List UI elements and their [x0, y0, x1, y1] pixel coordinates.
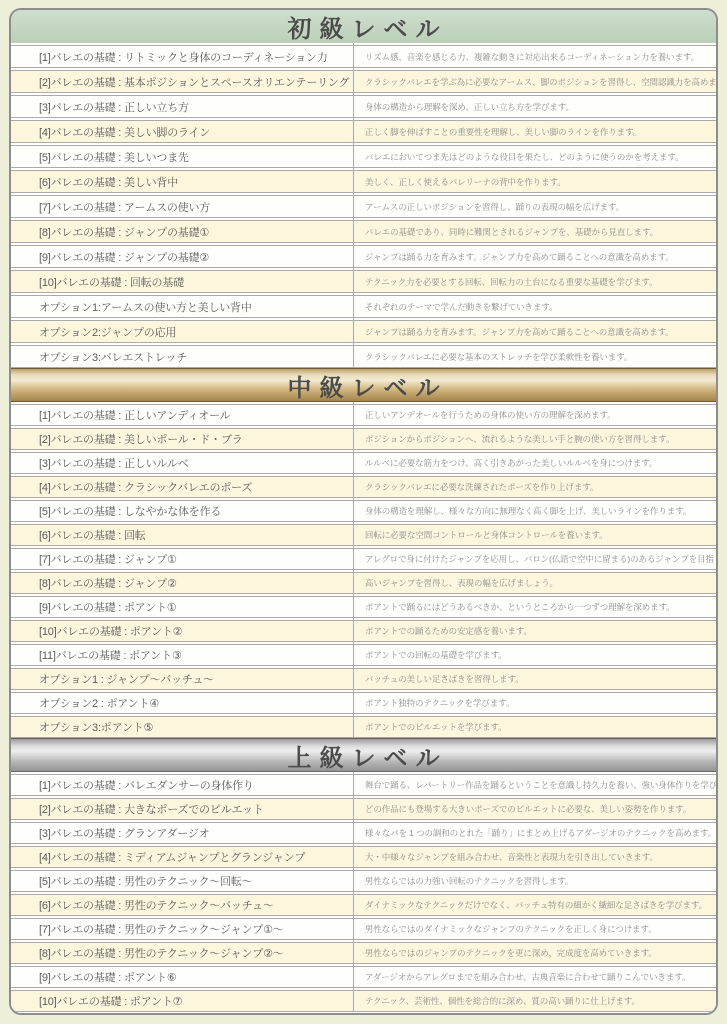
lesson-title: [5]バレエの基礎 : 男性のテクニック～回転～	[11, 871, 353, 891]
lesson-row: オプション2:ジャンプの応用ジャンプは踊る力を育みます。ジャンプ力を高めて踊るこ…	[11, 320, 716, 343]
lesson-title: [10]バレエの基礎 : ポアント⑦	[11, 991, 353, 1011]
lesson-row: [6]バレエの基礎 : 回転回転に必要な空間コントロールと身体コントロールを養い…	[11, 524, 716, 546]
lesson-title: [2]バレエの基礎 : 美しいポール・ド・ブラ	[11, 429, 353, 449]
lesson-description: 男性ならではの力強い回転のテクニックを習得します。	[353, 871, 716, 891]
lesson-description: クラシックバレエを学ぶ為に必要なアームス、脚のポジションを習得し、空間認識力を高…	[353, 71, 716, 92]
lesson-row: [6]バレエの基礎 : 美しい背中美しく、正しく使えるバレリーナの背中を作ります…	[11, 170, 716, 193]
lesson-title: [8]バレエの基礎 : 男性のテクニック～ジャンプ②～	[11, 943, 353, 963]
lesson-row: [2]バレエの基礎 : 基本ポジションとスペースオリエンテーリングクラシックバレ…	[11, 70, 716, 93]
section-rows: [1]バレエの基礎 : バレエダンサーの身体作り舞台で踊る、レパートリー作品を踊…	[11, 772, 716, 1012]
lesson-row: オプション1:アームスの使い方と美しい背中それぞれのテーマで学んだ動きを繋げてい…	[11, 295, 716, 318]
lesson-description: ポジションからポジションへ、流れるような美しい手と腕の使い方を習得します。	[353, 429, 716, 449]
lesson-description: アームスの正しいポジションを習得し、踊りの表現の幅を広げます。	[353, 196, 716, 217]
lesson-row: [1]バレエの基礎 : リトミックと身体のコーディネーション力リズム感、音楽を感…	[11, 45, 716, 68]
lesson-title: オプション3:バレエストレッチ	[11, 346, 353, 367]
lesson-title: [4]バレエの基礎 : 美しい脚のライン	[11, 121, 353, 142]
section-title: 上級レベル	[288, 738, 448, 773]
lesson-description: 高いジャンプを習得し、表現の幅を広げましょう。	[353, 573, 716, 593]
section-header-silver: 上級レベル	[11, 738, 716, 772]
lesson-description: 身体の構造を理解し、様々な方向に無理なく高く脚を上げ、美しいラインを作ります。	[353, 501, 716, 521]
lesson-row: [9]バレエの基礎 : ジャンプの基礎②ジャンプは踊る力を育みます。ジャンプ力を…	[11, 245, 716, 268]
lesson-description: 正しいアンデオールを行うための身体の使い方の理解を深めます。	[353, 405, 716, 425]
lesson-title: [6]バレエの基礎 : 回転	[11, 525, 353, 545]
lesson-description: テクニック、芸術性、個性を総合的に深め、質の高い踊りに仕上げます。	[353, 991, 716, 1011]
lesson-description: ポアントでのピルエットを学びます。	[353, 717, 716, 737]
lesson-description: それぞれのテーマで学んだ動きを繋げていきます。	[353, 296, 716, 317]
section-title: 初級レベル	[288, 9, 448, 44]
lesson-title: オプション1:アームスの使い方と美しい背中	[11, 296, 353, 317]
lesson-title: オプション2 : ポアント④	[11, 693, 353, 713]
lesson-row: [9]バレエの基礎 : ポアント①ポアントで踊るにはどうあるべきか、というところ…	[11, 596, 716, 618]
ballet-curriculum-page: 初級レベル[1]バレエの基礎 : リトミックと身体のコーディネーション力リズム感…	[0, 0, 727, 1024]
lesson-description: アダージオからアレグロまでを組み合わせ、古典音楽に合わせて踊りこんでいきます。	[353, 967, 716, 987]
lesson-description: 舞台で踊る、レパートリー作品を踊るということを意識し持久力を養い、強い身体作りを…	[353, 775, 716, 795]
lesson-title: オプション3:ポアント⑤	[11, 717, 353, 737]
lesson-row: [5]バレエの基礎 : しなやかな体を作る身体の構造を理解し、様々な方向に無理な…	[11, 500, 716, 522]
lesson-description: 美しく、正しく使えるバレリーナの背中を作ります。	[353, 171, 716, 192]
lesson-title: [1]バレエの基礎 : リトミックと身体のコーディネーション力	[11, 46, 353, 67]
lesson-description: ジャンプは踊る力を育みます。ジャンプ力を高めて踊ることへの意識を高めます。	[353, 321, 716, 342]
column-divider	[353, 402, 354, 738]
lesson-row: [3]バレエの基礎 : グランアダージオ様々なパを 1 つの調和のとれた「踊り」…	[11, 822, 716, 844]
lesson-title: [5]バレエの基礎 : 美しいつま先	[11, 146, 353, 167]
lesson-description: ポアントでの踊るための安定感を養います。	[353, 621, 716, 641]
lesson-description: リズム感、音楽を感じる力、複雑な動きに対応出来るコーディネーション力を養います。	[353, 46, 716, 67]
lesson-row: [1]バレエの基礎 : 正しいアンディオール正しいアンデオールを行うための身体の…	[11, 404, 716, 426]
lesson-description: 正しく脚を伸ばすことの重要性を理解し、美しい脚のラインを作ります。	[353, 121, 716, 142]
section-header-gold: 中級レベル	[11, 368, 716, 402]
lesson-row: [3]バレエの基礎 : 正しい立ち方身体の構造から理解を深め、正しい立ち方を学び…	[11, 95, 716, 118]
lesson-row: [1]バレエの基礎 : バレエダンサーの身体作り舞台で踊る、レパートリー作品を踊…	[11, 774, 716, 796]
lesson-description: クラシックバレエに必要な洗練されたポーズを作り上げます。	[353, 477, 716, 497]
lesson-description: どの作品にも登場する大きいポーズでのピルエットに必要な、美しい姿勢を作ります。	[353, 799, 716, 819]
lesson-row: [3]バレエの基礎 : 正しいルルベルルベに必要な筋力をつけ、高く引きあがった美…	[11, 452, 716, 474]
lesson-title: オプション1 : ジャンプ～バッチュ～	[11, 669, 353, 689]
section-title: 中級レベル	[288, 368, 448, 403]
lesson-title: [3]バレエの基礎 : 正しい立ち方	[11, 96, 353, 117]
lesson-row: [10]バレエの基礎 : ポアント②ポアントでの踊るための安定感を養います。	[11, 620, 716, 642]
lesson-title: オプション2:ジャンプの応用	[11, 321, 353, 342]
lesson-description: バレエにおいてつま先はどのような役目を果たし、どのように使うのかを考えます。	[353, 146, 716, 167]
section-rows: [1]バレエの基礎 : リトミックと身体のコーディネーション力リズム感、音楽を感…	[11, 43, 716, 368]
lesson-title: [10]バレエの基礎 : ポアント②	[11, 621, 353, 641]
lesson-row: [4]バレエの基礎 : 美しい脚のライン正しく脚を伸ばすことの重要性を理解し、美…	[11, 120, 716, 143]
lesson-description: 様々なパを 1 つの調和のとれた「踊り」にまとめ上げるアダージオのテクニックを高…	[353, 823, 716, 843]
lesson-title: [2]バレエの基礎 : 大きなポーズでのピルエット	[11, 799, 353, 819]
lesson-row: [8]バレエの基礎 : 男性のテクニック～ジャンプ②～男性ならではのジャンプのテ…	[11, 942, 716, 964]
lesson-title: [5]バレエの基礎 : しなやかな体を作る	[11, 501, 353, 521]
section-rows: [1]バレエの基礎 : 正しいアンディオール正しいアンデオールを行うための身体の…	[11, 402, 716, 738]
lesson-title: [10]バレエの基礎 : 回転の基礎	[11, 271, 353, 292]
column-divider	[353, 43, 354, 368]
lesson-row: [4]バレエの基礎 : ミディアムジャンプとグランジャンプ大・中様々なジャンプを…	[11, 846, 716, 868]
lesson-title: [11]バレエの基礎 : ポアント③	[11, 645, 353, 665]
lesson-row: オプション1 : ジャンプ～バッチュ～バッチュの美しい足さばきを習得します。	[11, 668, 716, 690]
lesson-title: [6]バレエの基礎 : 男性のテクニック～バッチュ～	[11, 895, 353, 915]
lesson-row: オプション2 : ポアント④ポアント独特のテクニックを学びます。	[11, 692, 716, 714]
lesson-title: [1]バレエの基礎 : 正しいアンディオール	[11, 405, 353, 425]
lesson-row: [4]バレエの基礎 : クラシックバレエのポーズクラシックバレエに必要な洗練され…	[11, 476, 716, 498]
lesson-title: [4]バレエの基礎 : ミディアムジャンプとグランジャンプ	[11, 847, 353, 867]
lesson-title: [3]バレエの基礎 : グランアダージオ	[11, 823, 353, 843]
lesson-description: ポアントで踊るにはどうあるべきか、というところから一つずつ理解を深めます。	[353, 597, 716, 617]
lesson-row: [7]バレエの基礎 : 男性のテクニック～ジャンプ①～男性ならではのダイナミック…	[11, 918, 716, 940]
lesson-row: [8]バレエの基礎 : ジャンプ②高いジャンプを習得し、表現の幅を広げましょう。	[11, 572, 716, 594]
lesson-title: [4]バレエの基礎 : クラシックバレエのポーズ	[11, 477, 353, 497]
lesson-title: [8]バレエの基礎 : ジャンプ②	[11, 573, 353, 593]
lesson-row: オプション3:バレエストレッチクラシックバレエに必要な基本のストレッチを学び柔軟…	[11, 345, 716, 368]
lesson-row: [2]バレエの基礎 : 美しいポール・ド・ブラポジションからポジションへ、流れる…	[11, 428, 716, 450]
lesson-title: [1]バレエの基礎 : バレエダンサーの身体作り	[11, 775, 353, 795]
lesson-row: オプション3:ポアント⑤ポアントでのピルエットを学びます。	[11, 716, 716, 738]
level-curriculum-table: 初級レベル[1]バレエの基礎 : リトミックと身体のコーディネーション力リズム感…	[9, 8, 718, 1015]
lesson-description: ポアント独特のテクニックを学びます。	[353, 693, 716, 713]
lesson-row: [6]バレエの基礎 : 男性のテクニック～バッチュ～ダイナミックなテクニックだけ…	[11, 894, 716, 916]
column-divider	[353, 772, 354, 1012]
lesson-title: [2]バレエの基礎 : 基本ポジションとスペースオリエンテーリング	[11, 71, 353, 92]
lesson-title: [3]バレエの基礎 : 正しいルルベ	[11, 453, 353, 473]
lesson-row: [5]バレエの基礎 : 美しいつま先バレエにおいてつま先はどのような役目を果たし…	[11, 145, 716, 168]
lesson-title: [9]バレエの基礎 : ポアント⑥	[11, 967, 353, 987]
lesson-description: 回転に必要な空間コントロールと身体コントロールを養います。	[353, 525, 716, 545]
lesson-description: バッチュの美しい足さばきを習得します。	[353, 669, 716, 689]
section-header-green: 初級レベル	[11, 10, 716, 43]
lesson-title: [9]バレエの基礎 : ジャンプの基礎②	[11, 246, 353, 267]
lesson-description: 男性ならではのジャンプのテクニックを更に深め、完成度を高めていきます。	[353, 943, 716, 963]
lesson-title: [6]バレエの基礎 : 美しい背中	[11, 171, 353, 192]
lesson-description: ルルベに必要な筋力をつけ、高く引きあがった美しいルルベを身につけます。	[353, 453, 716, 473]
lesson-description: テクニック力を必要とする回転、回転力の土台になる重要な基礎を学びます。	[353, 271, 716, 292]
lesson-description: ポアントでの回転の基礎を学びます。	[353, 645, 716, 665]
lesson-title: [7]バレエの基礎 : 男性のテクニック～ジャンプ①～	[11, 919, 353, 939]
lesson-description: バレエの基礎であり、同時に難関とされるジャンプを、基礎から見直します。	[353, 221, 716, 242]
lesson-row: [8]バレエの基礎 : ジャンプの基礎①バレエの基礎であり、同時に難関とされるジ…	[11, 220, 716, 243]
lesson-row: [11]バレエの基礎 : ポアント③ポアントでの回転の基礎を学びます。	[11, 644, 716, 666]
lesson-description: 大・中様々なジャンプを組み合わせ、音楽性と表現力を引き出していきます。	[353, 847, 716, 867]
lesson-row: [10]バレエの基礎 : 回転の基礎テクニック力を必要とする回転、回転力の土台に…	[11, 270, 716, 293]
lesson-row: [5]バレエの基礎 : 男性のテクニック～回転～男性ならではの力強い回転のテクニ…	[11, 870, 716, 892]
lesson-description: 身体の構造から理解を深め、正しい立ち方を学びます。	[353, 96, 716, 117]
lesson-description: ダイナミックなテクニックだけでなく、バッチュ特有の細かく繊細な足さばきを学びます…	[353, 895, 716, 915]
lesson-description: 男性ならではのダイナミックなジャンプのテクニックを正しく身につけます。	[353, 919, 716, 939]
lesson-title: [7]バレエの基礎 : アームスの使い方	[11, 196, 353, 217]
lesson-row: [7]バレエの基礎 : ジャンプ①アレグロで身に付けたジャンプを応用し、バロン(…	[11, 548, 716, 570]
lesson-description: ジャンプは踊る力を育みます。ジャンプ力を高めて踊ることへの意識を高めます。	[353, 246, 716, 267]
lesson-title: [7]バレエの基礎 : ジャンプ①	[11, 549, 353, 569]
lesson-row: [9]バレエの基礎 : ポアント⑥アダージオからアレグロまでを組み合わせ、古典音…	[11, 966, 716, 988]
lesson-title: [8]バレエの基礎 : ジャンプの基礎①	[11, 221, 353, 242]
lesson-title: [9]バレエの基礎 : ポアント①	[11, 597, 353, 617]
lesson-row: [2]バレエの基礎 : 大きなポーズでのピルエットどの作品にも登場する大きいポー…	[11, 798, 716, 820]
lesson-description: クラシックバレエに必要な基本のストレッチを学び柔軟性を養います。	[353, 346, 716, 367]
lesson-description: アレグロで身に付けたジャンプを応用し、バロン(仏語で空中に留まる)のあるジャンプ…	[353, 549, 716, 569]
lesson-row: [10]バレエの基礎 : ポアント⑦テクニック、芸術性、個性を総合的に深め、質の…	[11, 990, 716, 1012]
lesson-row: [7]バレエの基礎 : アームスの使い方アームスの正しいポジションを習得し、踊り…	[11, 195, 716, 218]
